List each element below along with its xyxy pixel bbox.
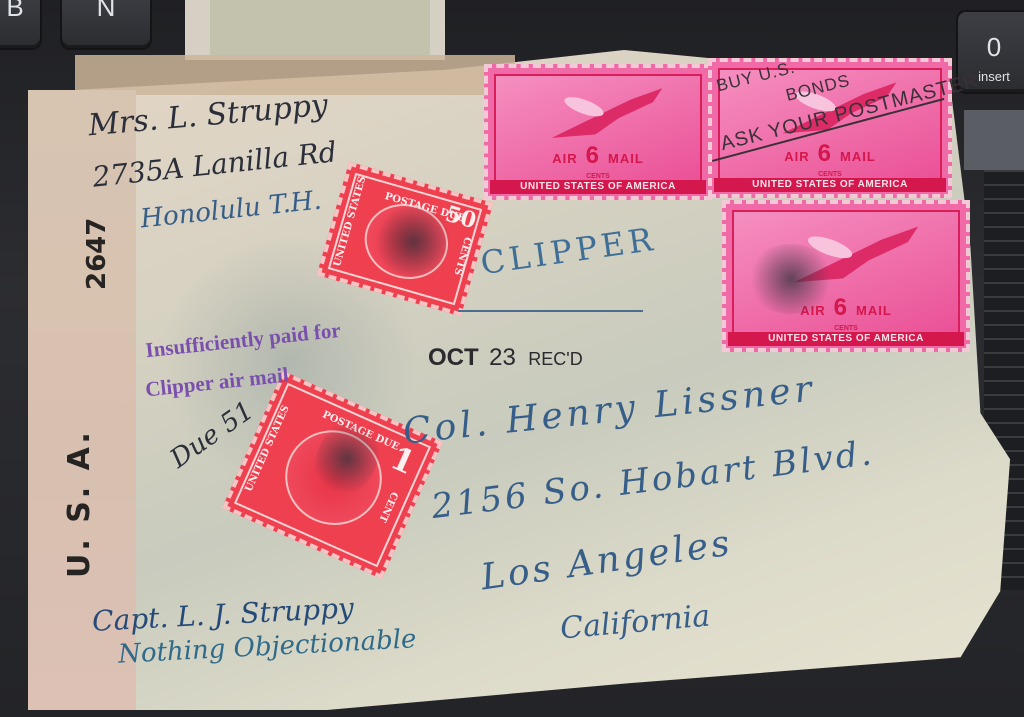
stamp-denomination: CENTS [488,173,708,180]
keyboard-key-b: B [0,0,40,48]
received-month: OCT [428,344,479,371]
underline [458,310,643,312]
stamp-label: AIR6MAIL [488,142,708,170]
received-label: REC'D [528,349,582,369]
key-label: B [0,0,40,23]
stamp-country: UNITED STATES OF AMERICA [490,180,706,194]
key-label: 0 [958,32,1024,63]
censor-country: U. S. A. [62,429,97,578]
airmail-stamp: AIR6MAIL CENTS UNITED STATES OF AMERICA [484,64,712,200]
cancellation-mark [746,244,836,314]
stamp-denomination: CENTS [726,325,966,332]
stamp-prefix: AIR [552,151,577,166]
key-label: N [62,0,150,23]
airplane-icon [519,86,695,144]
keyboard-key-n: N [62,0,150,48]
airmail-stamp: AIR6MAIL CENTS UNITED STATES OF AMERICA [722,200,970,352]
stamp-suffix: MAIL [608,151,644,166]
tape-strip [75,55,515,95]
stamp-suffix: MAIL [856,303,892,318]
received-stamp: OCT 23 REC'D [428,344,583,372]
stamp-value: 6 [834,294,848,321]
stamp-value: 6 [586,142,600,169]
received-day: 23 [489,344,516,371]
paper-sheet [210,0,430,55]
censor-number: 2647 [82,218,112,290]
stamp-country: UNITED STATES OF AMERICA [728,332,964,346]
